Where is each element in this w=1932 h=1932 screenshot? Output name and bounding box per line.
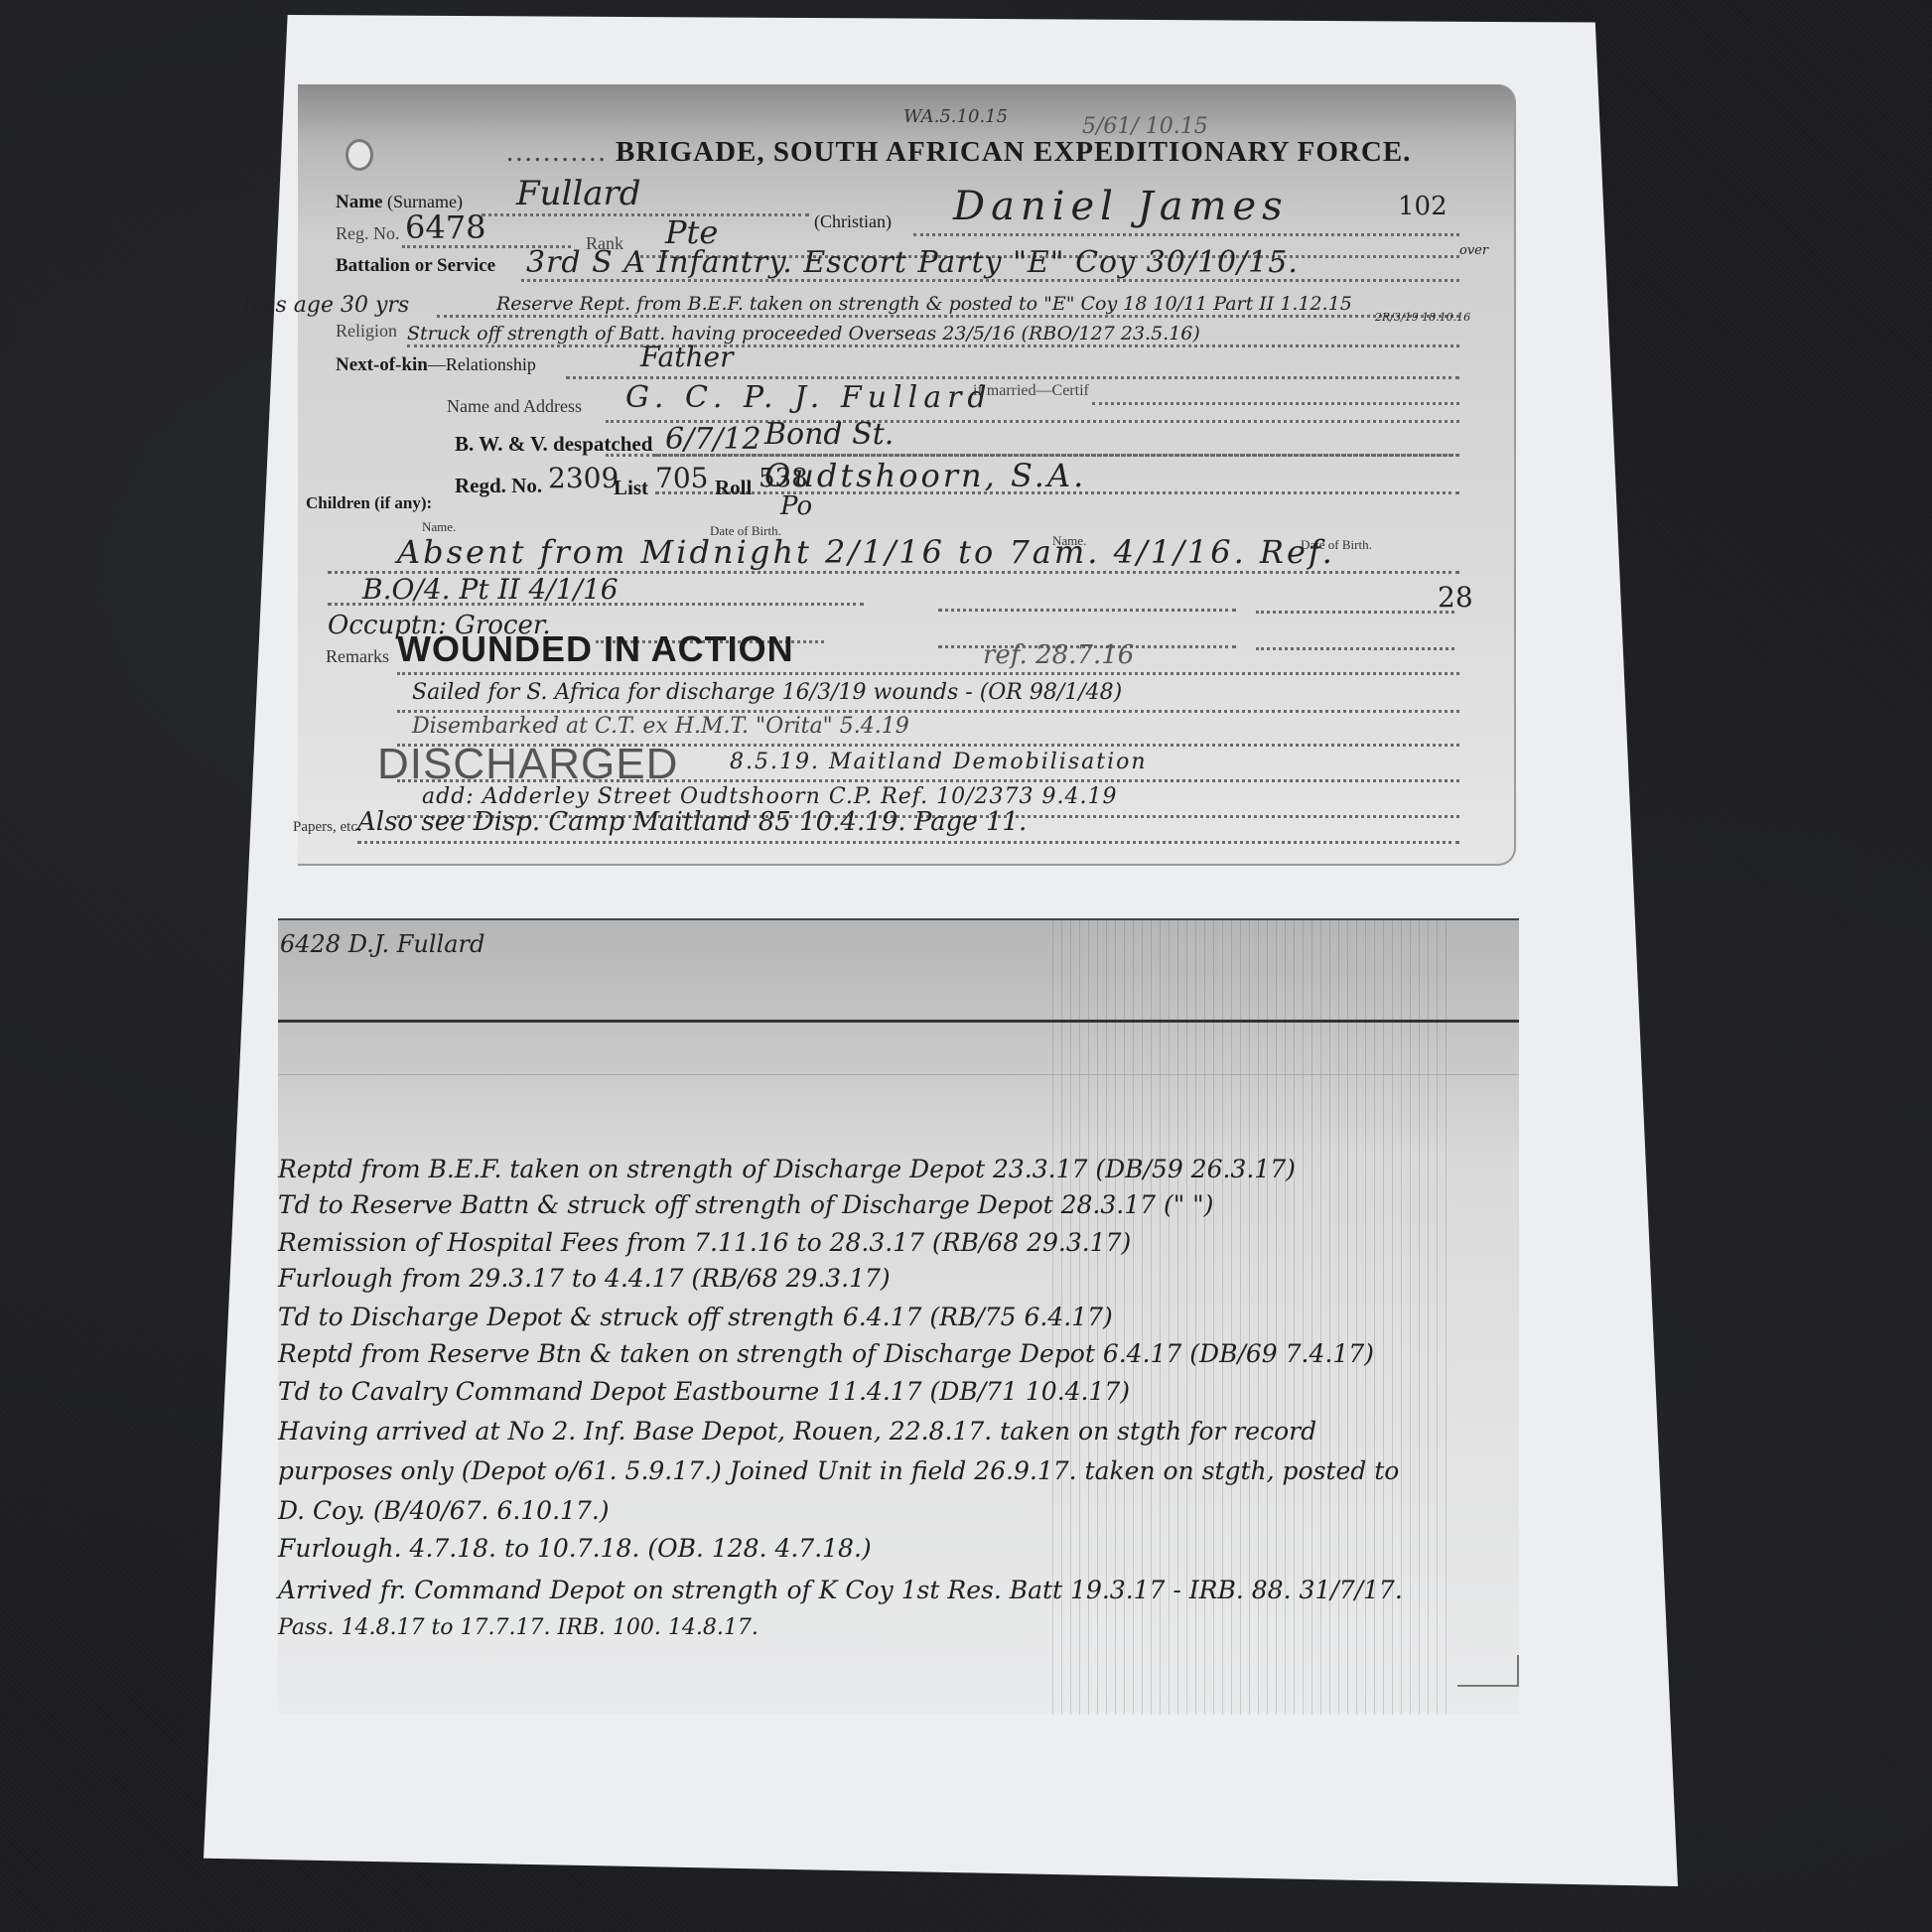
wounded-in-action-stamp: WOUNDED IN ACTION [397,628,794,670]
card-heading: ........... BRIGADE, SOUTH AFRICAN EXPED… [506,136,1411,169]
relationship-value: Father [640,341,733,373]
margin-number: 28 [1438,581,1473,614]
bwv-label: B. W. & V. despatched [455,432,652,457]
stamp-code: WA.5.10.15 [903,106,1008,127]
address-line-1: Bond St. [764,417,894,452]
battalion-value: 3rd S A Infantry. Escort Party "E" Coy 3… [526,245,1299,280]
divider-line [278,1074,1519,1075]
absent-note: Absent from Midnight 2/1/16 to 7am. 4/1/… [397,533,1335,571]
absent-note-2: B.O/4. Pt II 4/1/16 [362,573,619,606]
service-record-card-back: 6428 D.J. Fullard Reptd from B.E.F. take… [278,918,1519,1715]
papers-label: Papers, etc. [293,819,361,836]
religion-note: 2R/3/19 18.10.16 [1375,311,1470,324]
religion-label: Religion [336,321,397,342]
service-entry: Arrived fr. Command Depot on strength of… [278,1576,1403,1604]
list-value: 705 [655,462,708,494]
page-number: 102 [1398,192,1448,221]
reg-no-label: Reg. No. [336,223,400,244]
battalion-label: Battalion or Service [336,255,495,277]
service-entry: Having arrived at No 2. Inf. Base Depot,… [278,1417,1316,1446]
remarks-line: Sailed for S. Africa for discharge 16/3/… [412,680,1122,705]
service-entry: Pass. 14.8.17 to 17.7.17. IRB. 100. 14.8… [278,1615,759,1640]
service-entry: D. Coy. (B/40/67. 6.10.17.) [278,1496,610,1525]
punch-hole [345,139,373,171]
reg-no-value: 6478 [405,208,485,246]
roll-value: 538 [759,464,808,493]
bwv-value: 6/7/12 [665,422,761,457]
next-of-kin-label: Next-of-kin—Relationship [336,354,536,376]
children-label: Children (if any): [306,493,432,513]
remarks-line: Disembarked at C.T. ex H.M.T. "Orita" 5.… [412,714,909,739]
regd-no-label: Regd. No. [455,474,542,498]
name-address-value: G. C. P. J. Fullard [625,380,993,415]
service-entry: Furlough. 4.7.18. to 10.7.18. (OB. 128. … [278,1534,872,1563]
remarks-line: 8.5.19. Maitland Demobilisation [730,750,1148,774]
surname-value: Fullard [516,174,641,213]
card-back-header: 6428 D.J. Fullard [280,930,484,958]
service-entry: Remission of Hospital Fees from 7.11.16 … [278,1228,1131,1257]
religion-value: Struck off strength of Batt. having proc… [407,323,1200,345]
address-line-2: Oudtshoorn, S.A. [764,457,1086,494]
battalion-line-2: Reserve Rept. from B.E.F. taken on stren… [496,293,1352,315]
papers-value: Also see Disp. Camp Maitland 85 10.4.19.… [357,807,1027,837]
age-note: lves age 30 yrs [243,293,409,318]
roll-suffix: Po [780,491,812,521]
list-label: List [614,476,648,500]
remarks-label: Remarks [326,646,389,667]
regd-no-value: 2309 [548,462,619,494]
card-corner-mark [1457,1655,1519,1687]
service-entry: Reptd from Reserve Btn & taken on streng… [278,1339,1374,1368]
service-entry: Td to Discharge Depot & struck off stren… [278,1303,1113,1331]
christian-name-value: Daniel James [953,184,1289,229]
service-entry: Td to Cavalry Command Depot Eastbourne 1… [278,1377,1130,1406]
service-entry: purposes only (Depot o/61. 5.9.17.) Join… [278,1456,1399,1485]
service-record-card-front: WA.5.10.15 5/61/ 10.15 ........... BRIGA… [298,84,1516,866]
service-entry: Furlough from 29.3.17 to 4.4.17 (RB/68 2… [278,1264,891,1293]
remarks-line: add: Adderley Street Oudtshoorn C.P. Ref… [422,784,1117,809]
christian-label: (Christian) [814,211,892,232]
service-entry: Reptd from B.E.F. taken on strength of D… [278,1155,1296,1183]
roll-label: Roll [715,476,752,500]
wounded-ref: ref. 28.7.16 [983,640,1134,670]
battalion-note: over [1459,243,1488,258]
divider-line [278,1020,1519,1023]
name-address-label: Name and Address [447,396,582,417]
service-entry: Td to Reserve Battn & struck off strengt… [278,1190,1213,1219]
